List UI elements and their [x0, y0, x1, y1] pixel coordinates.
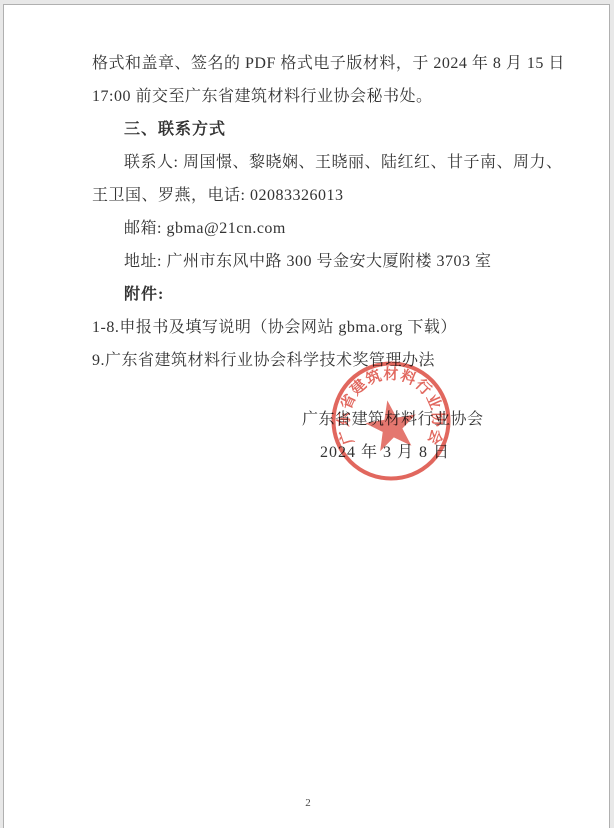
email-line: 邮箱: gbma@21cn.com — [92, 212, 528, 245]
contact-section-heading: 三、联系方式 — [92, 113, 528, 146]
address-line: 地址: 广州市东风中路 300 号金安大厦附楼 3703 室 — [92, 245, 528, 278]
body-text-line-2: 17:00 前交至广东省建筑材料行业协会秘书处。 — [92, 80, 528, 113]
page-number: 2 — [296, 797, 320, 809]
document-page: 格式和盖章、签名的 PDF 格式电子版材料，于 2024 年 8 月 15 日 … — [3, 4, 610, 828]
contact-persons-line-1: 联系人: 周国憬、黎晓娴、王晓丽、陆红红、甘子南、周力、 — [92, 146, 528, 179]
signature-date: 2024 年 3 月 8 日 — [320, 439, 450, 462]
contact-persons-line-2: 王卫国、罗燕，电话: 02083326013 — [92, 179, 528, 212]
attachments-heading: 附件: — [92, 278, 528, 311]
body-text-line-1: 格式和盖章、签名的 PDF 格式电子版材料，于 2024 年 8 月 15 日 — [92, 47, 528, 80]
document-body: 格式和盖章、签名的 PDF 格式电子版材料，于 2024 年 8 月 15 日 … — [92, 47, 528, 377]
attachment-item-1: 1-8.申报书及填写说明（协会网站 gbma.org 下载） — [92, 311, 528, 344]
signature-organization: 广东省建筑材料行业协会 — [302, 406, 484, 429]
attachment-item-2: 9.广东省建筑材料行业协会科学技术奖管理办法 — [92, 344, 528, 377]
